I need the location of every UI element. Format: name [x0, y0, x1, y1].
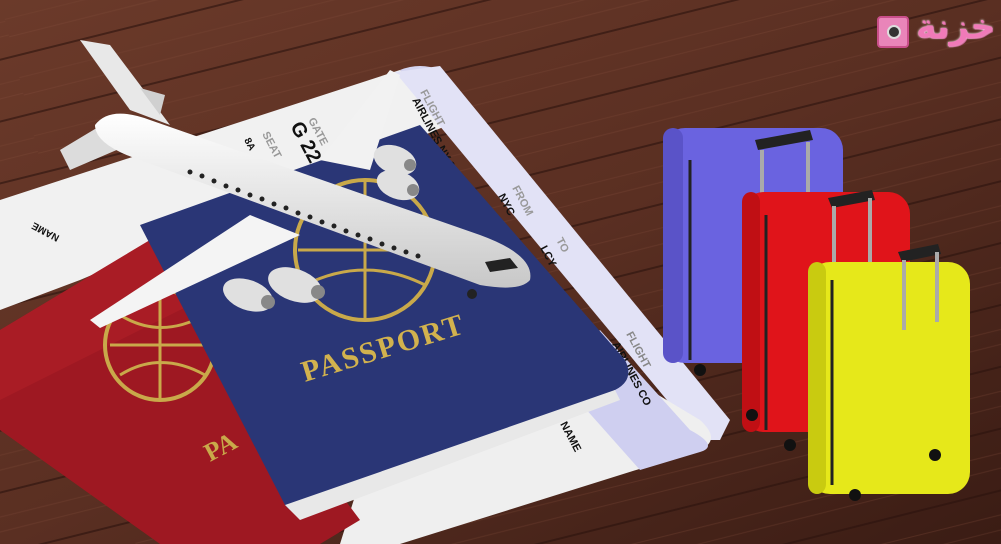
suitcase-yellow [808, 244, 970, 501]
safe-icon [877, 16, 909, 48]
travel-photo: FLIGHT AIRLINES NY 2122 FROM NYC TO LCY … [0, 0, 1001, 544]
watermark-logo: خزنة [875, 4, 995, 50]
watermark-text: خزنة [916, 4, 995, 50]
